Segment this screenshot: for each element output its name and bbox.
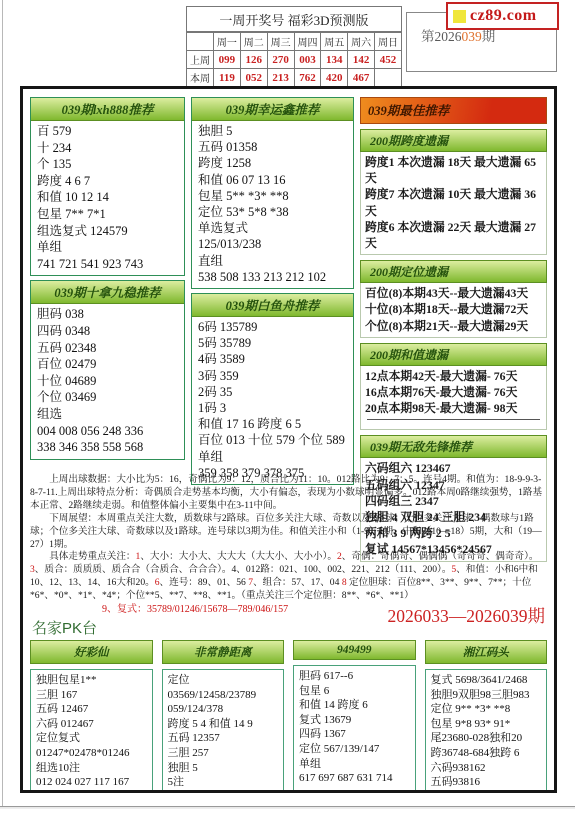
omission-section-lines: 跨度1 本次遗漏 18天 最大遗漏 65天跨度7 本次遗漏 10天 最大遗漏 3… (360, 152, 547, 255)
logo-text: cz89.com (470, 7, 537, 25)
weekday-header: 周日 (375, 33, 402, 51)
text-line: 338 346 358 558 568 (37, 439, 178, 456)
text-line: 百 579 (37, 123, 178, 140)
expert-name: 湘江码头 (425, 640, 548, 664)
expert-column: 好彩仙独胆包星1**三胆 167五码 12467六码 012467定位复式012… (30, 640, 153, 793)
issue-number: 第2026039期 (421, 25, 495, 45)
text-line: 单组 (198, 449, 347, 465)
text-line: 定位复式 (36, 731, 147, 746)
text-line: 跨度 5 4 和值 14 9 (168, 717, 279, 732)
expert-name: 好彩仙 (30, 640, 153, 664)
text-line: 包星 6 (299, 684, 410, 699)
omission-section: 200期定位遗漏百位(8)本期43天--最大遗漏43天十位(8)本期18天--最… (360, 260, 547, 338)
draw-number: 142 (348, 51, 375, 69)
text-line: 个 135 (37, 156, 178, 173)
draw-number: 003 (294, 51, 321, 69)
expert-name: 949499 (293, 640, 416, 660)
recommend-box-title: 039期lxh888推荐 (31, 98, 184, 121)
text-line: 5码 35789 (198, 335, 347, 351)
text-line: 独胆9双胆98三胆983 (431, 688, 542, 703)
focus-text: 具体走势重点关注： (49, 551, 135, 562)
text-line: 2码 35 (198, 384, 347, 400)
text-line: 百位 013 十位 579 个位 589 (198, 432, 347, 448)
text-line: 125/013/238 (198, 236, 347, 252)
text-line: 单组 (299, 757, 410, 772)
best-recommend-panel: 039期最佳推荐 200期跨度遗漏跨度1 本次遗漏 18天 最大遗漏 65天跨度… (360, 97, 547, 471)
expert-picks: 胆码 617--6包星 6和值 14 跨度 6复式 13679四码 1367定位… (293, 665, 416, 793)
draw-number: 762 (294, 69, 321, 87)
weekday-header: 周四 (294, 33, 321, 51)
text-line: 和值 14 跨度 6 (299, 698, 410, 713)
weekday-header: 周二 (240, 33, 267, 51)
text-line: 16点本期76天-最大遗漏- 76天 (365, 384, 542, 400)
row-label: 上周 (187, 51, 214, 69)
expert-picks: 复式 5698/3641/2468独胆9双胆98三胆983定位 9** *3* … (425, 669, 548, 793)
text-line: 包星 9*8 93* 91* (431, 717, 542, 732)
text-line: 和值 06 07 13 16 (198, 172, 347, 188)
text-line: 三胆 257 (168, 746, 279, 761)
text-line: 独胆 5 (198, 123, 347, 139)
omission-section-lines: 百位(8)本期43天--最大遗漏43天十位(8)本期18天--最大遗漏72天个位… (360, 283, 547, 338)
text-line: 跨度7 本次遗漏 10天 最大遗漏 36天 (365, 186, 542, 218)
text-line: 五码 01358 (198, 139, 347, 155)
text-line: 五码93816 (431, 775, 542, 790)
text-line: 十位(8)本期18天--最大遗漏72天 (365, 301, 542, 317)
weekly-draw-panel: 一周开奖号 福彩3D预测版 周一周二周三周四周五周六周日上周0991262700… (186, 6, 402, 87)
text-line: 三胆 167 (36, 688, 147, 703)
recommend-box-lines: 6码 1357895码 357894码 35893码 3592码 351码 3和… (192, 317, 353, 484)
text-line: 十 234 (37, 140, 178, 157)
draw-number: 134 (321, 51, 348, 69)
text-line: 跨度 4 6 7 (37, 173, 178, 190)
text-line: 五码 12357 (168, 731, 279, 746)
text-line: 定位 (168, 673, 279, 688)
best-recommend-title: 039期最佳推荐 (360, 97, 547, 124)
weekly-draw-table: 周一周二周三周四周五周六周日上周099126270003134142452本周1… (186, 32, 402, 87)
prediction-sheet: 一周开奖号 福彩3D预测版 周一周二周三周四周五周六周日上周0991262700… (0, 0, 575, 816)
logo-square-icon (453, 10, 466, 23)
expert-picks: 定位03569/12458/23789059/124/378跨度 5 4 和值 … (162, 669, 285, 793)
recommend-box-title: 039期幸运鑫推荐 (192, 98, 353, 121)
text-line: 跨度6 本次遗漏 22天 最大遗漏 27天 (365, 219, 542, 251)
draw-number: 052 (240, 69, 267, 87)
omission-section: 200期和值遗漏12点本期42天-最大遗漏- 76天16点本期76天-最大遗漏-… (360, 343, 547, 431)
text-line: 和值 17 16 跨度 6 5 (198, 416, 347, 432)
text-line: 012 024 027 117 167 (36, 775, 147, 790)
recommend-box-title: 039期十拿九稳推荐 (31, 281, 184, 304)
text-line: 胆码 038 (37, 306, 178, 323)
omission-section-title: 200期和值遗漏 (360, 343, 547, 366)
text-line: 组选10注 (36, 761, 147, 776)
text-line: 六码 012467 (36, 717, 147, 732)
draw-number: 099 (214, 51, 241, 69)
text-line: 包星 5** *3* **8 (198, 188, 347, 204)
text-line: 组选 (37, 406, 178, 423)
text-line: 尾23680-028独和20 (431, 731, 542, 746)
pk-issue-range: 2026033—2026039期 (388, 603, 546, 628)
text-line: 617 697 687 631 714 (299, 771, 410, 786)
recommend-box-title: 039期白鱼舟推荐 (192, 294, 353, 317)
text-line: 6码 135789 (198, 319, 347, 335)
weekday-header: 周六 (348, 33, 375, 51)
recommend-box-lxh888: 039期lxh888推荐 百 579十 234个 135跨度 4 6 7和值 1… (30, 97, 185, 276)
draw-number: 270 (267, 51, 294, 69)
text-line: 1码 3 (198, 400, 347, 416)
text-line: 059/124/378 (168, 702, 279, 717)
text-line: 跨36748-684独跨 6 (431, 746, 542, 761)
text-line: 定位 53* 5*8 *38 (198, 204, 347, 220)
text-line: 四码9381 (431, 790, 542, 793)
expert-column: 非常静距离定位03569/12458/23789059/124/378跨度 5 … (162, 640, 285, 793)
text-line: 包星 7** 7*1 (37, 206, 178, 223)
text-line: 五码 02348 (37, 340, 178, 357)
focus-text: 、012路：021、100、002、221、212（111、200）。 (236, 564, 451, 575)
expert-name: 非常静距离 (162, 640, 285, 664)
text-line: 百位 02479 (37, 356, 178, 373)
text-line: 组选复式 124579 (37, 223, 178, 240)
analysis-paragraph-focus: 具体走势重点关注：1、大小：大小大、大大大（大大小、大小小）。2、奇偶：奇偶奇、… (30, 551, 547, 603)
recommend-box-baiyuzhou: 039期白鱼舟推荐 6码 1357895码 357894码 35893码 359… (191, 293, 354, 485)
text-line: 004 008 056 248 336 (37, 423, 178, 440)
text-line: 跨度1 本次遗漏 18天 最大遗漏 65天 (365, 154, 542, 186)
recommend-box-lines: 独胆 5五码 01358跨度 1258和值 06 07 13 16包星 5** … (192, 121, 353, 288)
draw-row: 上周099126270003134142452 (187, 51, 402, 69)
text-line: 复式 5698/3641/2468 (431, 673, 542, 688)
text-line: 四码 0348 (37, 323, 178, 340)
text-line: 四码 1367 (299, 727, 410, 742)
pk-header-row: 2026033—2026039期 名家PK台 (30, 617, 547, 638)
omission-section-title: 200期定位遗漏 (360, 260, 547, 283)
draw-number (375, 69, 402, 87)
text-line: 168 224 288 478 678 (36, 790, 147, 793)
main-content-box: 039期lxh888推荐 百 579十 234个 135跨度 4 6 7和值 1… (20, 86, 557, 793)
text-line: 独胆包星1** (36, 673, 147, 688)
focus-text: 、质合：质质质、质合合（合质合、合合合）。 (35, 564, 232, 575)
focus-text: 、连号：89、01、56 (160, 577, 249, 588)
weekday-header: 周一 (214, 33, 241, 51)
text-line: 个位 03469 (37, 389, 178, 406)
text-line: 5注 (168, 775, 279, 790)
text-line: 01247*02478*01246 (36, 746, 147, 761)
expert-picks: 独胆包星1**三胆 167五码 12467六码 012467定位复式01247*… (30, 669, 153, 793)
text-line: 4码 3589 (198, 351, 347, 367)
text-line: 03569/12458/23789 (168, 688, 279, 703)
text-line: 单选复式 (198, 220, 347, 236)
weekday-header: 周三 (267, 33, 294, 51)
draw-number: 119 (214, 69, 241, 87)
text-line: 定位 567/139/147 (299, 742, 410, 757)
recommend-box-shinajiuwen: 039期十拿九稳推荐 胆码 038四码 0348五码 02348百位 02479… (30, 280, 185, 459)
text-line: 20点本期98天-最大遗漏- 98天 (365, 400, 542, 416)
text-line: 527 513 928 947 048 (168, 790, 279, 793)
draw-number: 213 (267, 69, 294, 87)
draw-number: 452 (375, 51, 402, 69)
expert-column: 949499胆码 617--6包星 6和值 14 跨度 6复式 13679四码 … (293, 640, 416, 793)
text-line: 和值 10 12 14 (37, 189, 178, 206)
draw-number: 126 (240, 51, 267, 69)
focus-text: 、组合：57、17、04 (253, 577, 342, 588)
experts-pk-grid: 好彩仙独胆包星1**三胆 167五码 12467六码 012467定位复式012… (30, 640, 547, 793)
weekday-header: 周五 (321, 33, 348, 51)
text-line: 六码938162 (431, 761, 542, 776)
page-frame-left (2, 0, 3, 806)
text-line: 741 721 541 923 743 (37, 256, 178, 273)
text-line: 个位(8)本期21天--最大遗漏29天 (365, 318, 542, 334)
omission-sections: 200期跨度遗漏跨度1 本次遗漏 18天 最大遗漏 65天跨度7 本次遗漏 10… (360, 129, 547, 567)
draw-number: 420 (321, 69, 348, 87)
text-line: 独胆 5 (168, 761, 279, 776)
omission-section-title: 200期跨度遗漏 (360, 129, 547, 152)
text-line: 直组 (198, 253, 347, 269)
row-label: 本周 (187, 69, 214, 87)
draw-number: 467 (348, 69, 375, 87)
text-line: 十位 04689 (37, 373, 178, 390)
page-frame-bottom (0, 806, 575, 809)
recommend-box-lines: 百 579十 234个 135跨度 4 6 7和值 10 12 14包星 7**… (31, 121, 184, 275)
recommend-box-xingyunxin: 039期幸运鑫推荐 独胆 5五码 01358跨度 1258和值 06 07 13… (191, 97, 354, 289)
omission-section-lines: 12点本期42天-最大遗漏- 76天16点本期76天-最大遗漏- 76天20点本… (360, 366, 547, 431)
text-line: 12点本期42天-最大遗漏- 76天 (365, 368, 542, 384)
omission-section: 200期跨度遗漏跨度1 本次遗漏 18天 最大遗漏 65天跨度7 本次遗漏 10… (360, 129, 547, 255)
draw-row: 本周119052213762420467 (187, 69, 402, 87)
omission-section-title: 039期无敌先锋推荐 (360, 435, 547, 458)
text-line: 跨度 1258 (198, 155, 347, 171)
text-line: 3码 359 (198, 368, 347, 384)
text-line: 单组 (37, 239, 178, 256)
text-line: 胆码 617--6 (299, 669, 410, 684)
text-line: 复式 13679 (299, 713, 410, 728)
text-line: 538 508 133 213 212 102 (198, 269, 347, 285)
text-line: 百位(8)本期43天--最大遗漏43天 (365, 285, 542, 301)
text-line: 定位 9** *3* **8 (431, 702, 542, 717)
page-title: 一周开奖号 福彩3D预测版 (186, 6, 402, 32)
expert-column: 湘江码头复式 5698/3641/2468独胆9双胆98三胆983定位 9** … (425, 640, 548, 793)
text-line: 五码 12467 (36, 702, 147, 717)
recommendation-area: 039期lxh888推荐 百 579十 234个 135跨度 4 6 7和值 1… (30, 97, 547, 471)
recommend-box-lines: 胆码 038四码 0348五码 02348百位 02479十位 04689个位 … (31, 304, 184, 458)
focus-text: 、大小：大小大、大大大（大大小、大小小）。 (140, 551, 337, 562)
focus-text: 、奇偶：奇偶奇、偶偶偶（奇奇奇、偶奇奇）。 (342, 551, 539, 562)
